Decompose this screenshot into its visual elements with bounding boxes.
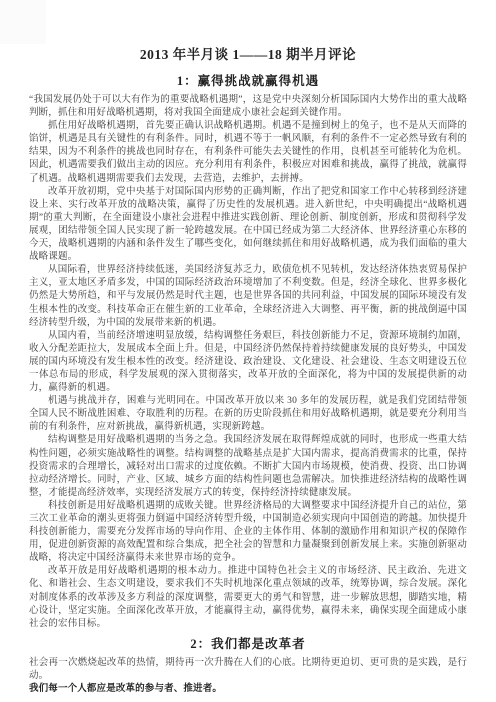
paragraph: 机遇与挑战并存，困难与光明同在。中国改革开放以来 30 多年的发展历程，就是我们… bbox=[29, 395, 467, 434]
paragraph: 科技创新是用好战略机遇期的成败关键。世界经济格局的大调整要求中国经济提升自己的站… bbox=[29, 500, 467, 565]
document-body: 1：赢得挑战就赢得机遇“我国发展仍处于可以大有作为的重要战略机遇期”，这是党中央… bbox=[29, 73, 467, 696]
paragraph: 我们每一个人都应是改革的参与者、推进者。 bbox=[29, 683, 467, 696]
section-heading: 2：我们都是改革者 bbox=[29, 636, 467, 652]
paragraph: 社会再一次燃烧起改革的热情，期待再一次升腾在人们的心底。比期待更迫切、更可贵的是… bbox=[29, 657, 467, 683]
document-title: 2013 年半月谈 1——18 期半月评论 bbox=[29, 46, 467, 64]
paragraph: 改革开放初期，党中央基于对国际国内形势的正确判断，作出了把党和国家工作中心转移到… bbox=[29, 186, 467, 265]
paragraph: “我国发展仍处于可以大有作为的重要战略机遇期”，这是党中央深刻分析国际国内大势作… bbox=[29, 94, 467, 120]
paragraph: 结构调整是用好战略机遇期的当务之急。我国经济发展在取得辉煌成就的同时，也形成一些… bbox=[29, 434, 467, 499]
paragraph: 从国内看，当前经济增速明显放缓，结构调整任务艰巨，科技创新能力不足，资源环境制约… bbox=[29, 330, 467, 395]
paragraph: 从国际看，世界经济持续低迷，美国经济复苏乏力，欧债危机不见转机，发达经济体热衷贸… bbox=[29, 264, 467, 329]
paragraph: 改革开放是用好战略机遇期的根本动力。推进中国特色社会主义的市场经济、民主政治、先… bbox=[29, 565, 467, 630]
document-page: 2013 年半月谈 1——18 期半月评论 1：赢得挑战就赢得机遇“我国发展仍处… bbox=[0, 0, 496, 702]
paragraph: 抓住用好战略机遇期，首先要正确认识战略机遇期。机遇不是撞到树上的兔子，也不是从天… bbox=[29, 120, 467, 185]
scan-corner-artifact bbox=[0, 0, 46, 44]
section-heading: 1：赢得挑战就赢得机遇 bbox=[29, 73, 467, 89]
